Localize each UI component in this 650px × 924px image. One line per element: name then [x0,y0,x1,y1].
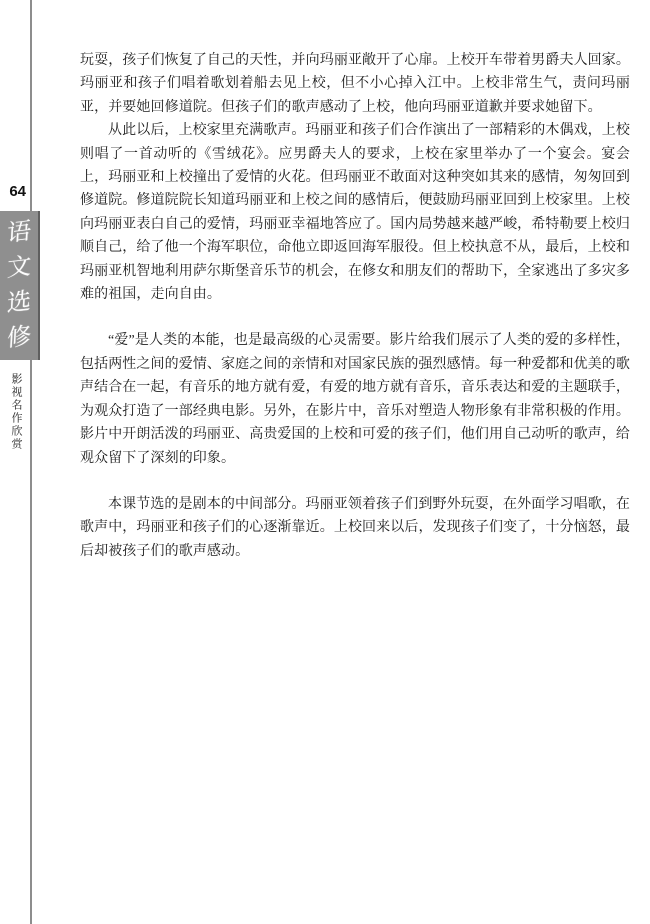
page-number: 64 [0,183,26,200]
body-paragraph-continuation: 玩耍，孩子们恢复了自己的天性，并向玛丽亚敞开了心扉。上校开车带着男爵夫人回家。玛… [80,49,630,119]
series-title-char: 选 [6,289,31,316]
body-paragraph: “爱”是人类的本能，也是最高级的心灵需要。影片给我们展示了人类的爱的多样性，包括… [80,329,630,469]
vertical-rule-divider [30,0,32,924]
series-title-tab: 语 文 选 修 [0,211,40,360]
body-paragraph: 本课节选的是剧本的中间部分。玛丽亚领着孩子们到野外玩耍，在外面学习唱歌，在歌声中… [80,493,630,563]
textbook-page: 64 语 文 选 修 影视名作欣赏 玩耍，孩子们恢复了自己的天性，并向玛丽亚敞开… [0,0,650,924]
series-title-char: 语 [6,220,31,247]
series-title-char: 修 [6,324,31,351]
book-subtitle-vertical: 影视名作欣赏 [8,373,24,451]
series-title-char: 文 [6,255,31,282]
body-text-block: 玩耍，孩子们恢复了自己的天性，并向玛丽亚敞开了心扉。上校开车带着男爵夫人回家。玛… [80,49,630,563]
body-paragraph: 从此以后，上校家里充满歌声。玛丽亚和孩子们合作演出了一部精彩的木偶戏，上校则唱了… [80,119,630,306]
